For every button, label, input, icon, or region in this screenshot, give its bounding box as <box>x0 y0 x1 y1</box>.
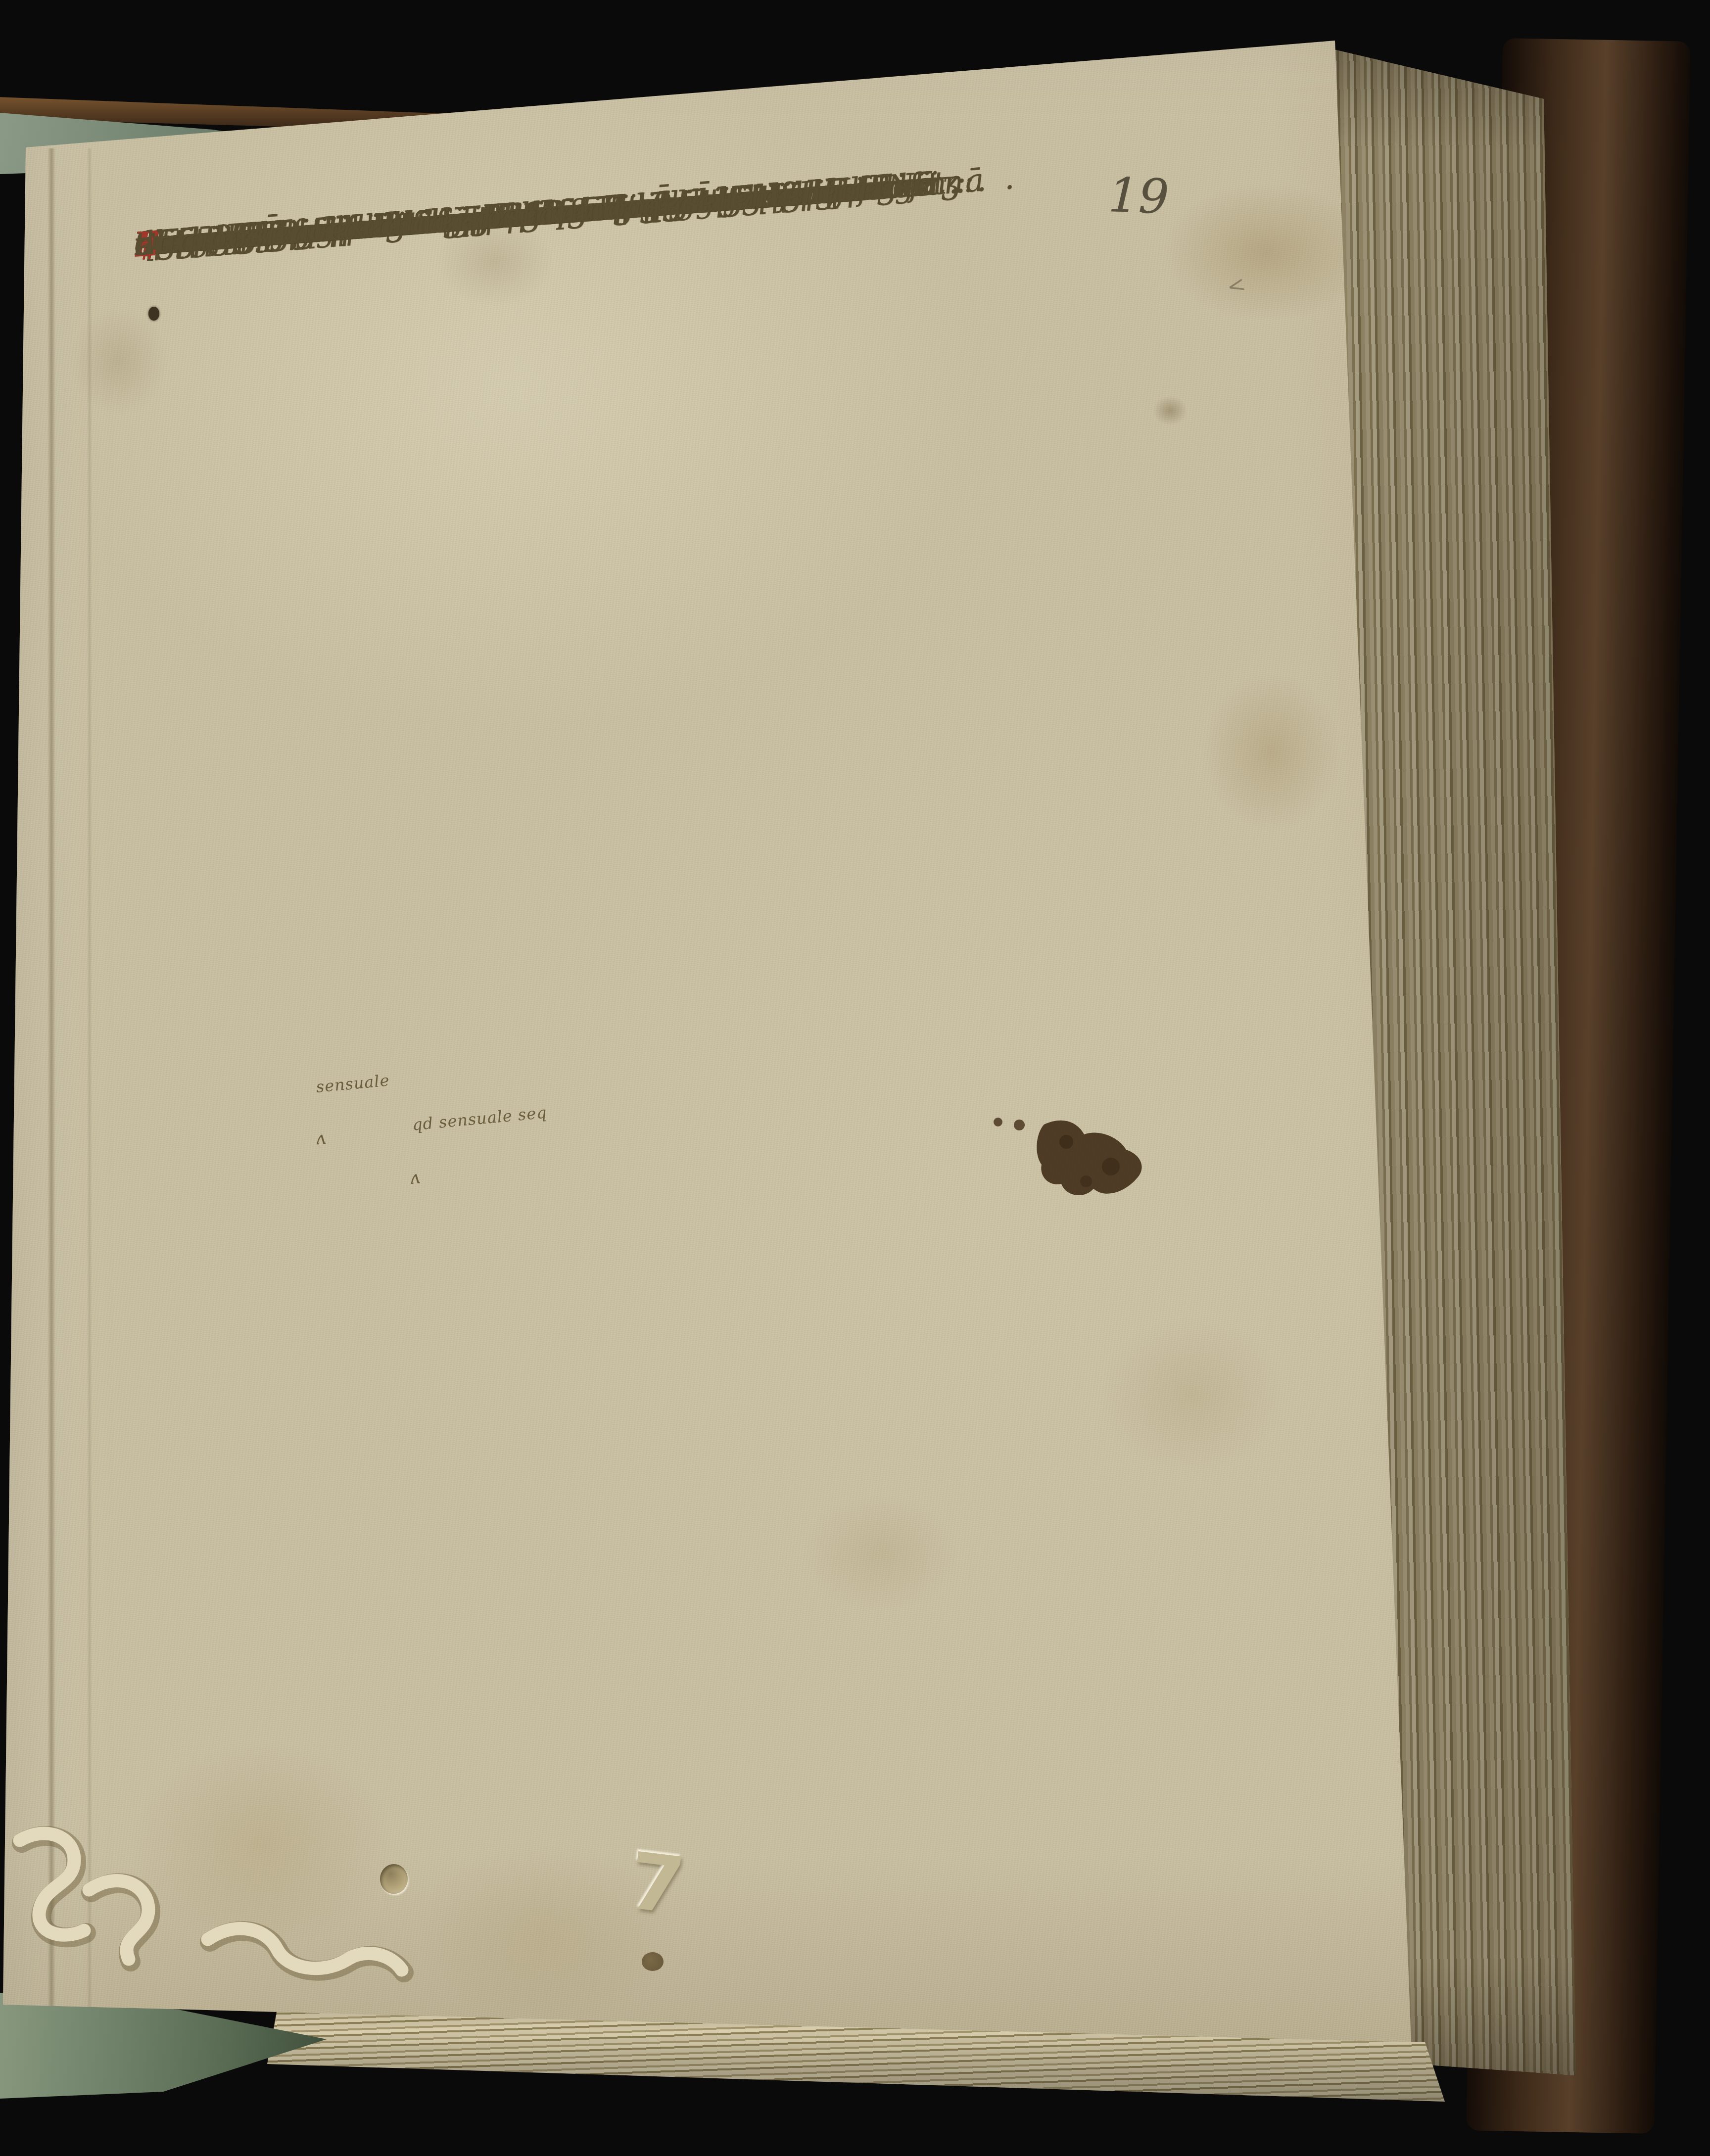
gutter-crease <box>47 148 55 2009</box>
insertion-caret: ʌ <box>315 1128 327 1149</box>
stain <box>1153 396 1187 425</box>
insertion-caret: ʌ <box>409 1167 421 1188</box>
stain <box>1163 183 1371 322</box>
small-hole <box>148 307 159 321</box>
stain <box>1202 673 1341 831</box>
manuscript-photo: 19 < quia lutuʒ desiccat : & ceram humec… <box>0 0 1710 2156</box>
text-block: quia lutuʒ desiccat : & ceram humectat :… <box>133 148 1211 1691</box>
embossed-mark: 7 <box>624 1835 689 1932</box>
interlinear-insertion: sensuale <box>315 1071 390 1096</box>
ink-dot <box>642 1952 664 1971</box>
folio-page-number: 19 <box>1107 167 1170 225</box>
gutter-crease-faint <box>87 148 92 2009</box>
ink-blot <box>992 1107 1160 1216</box>
interlinear-insertion: qd sensuale seq <box>411 1103 548 1134</box>
